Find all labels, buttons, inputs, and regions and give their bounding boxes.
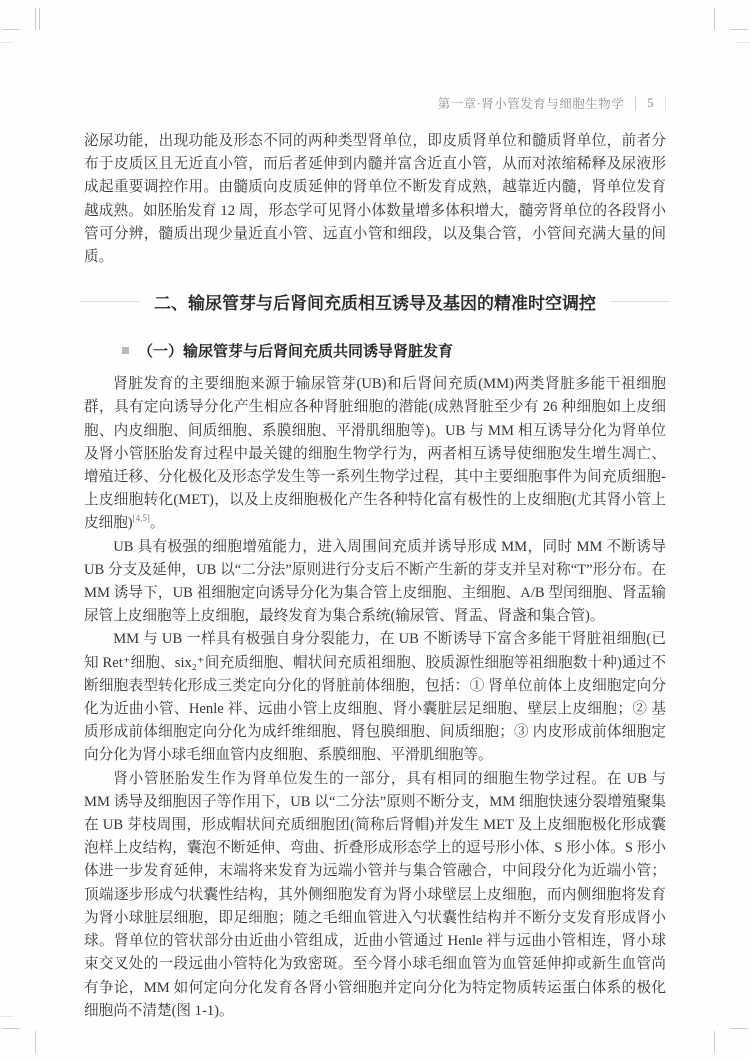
crop-mark-bottom-right-v bbox=[714, 1031, 715, 1053]
crop-mark-bottom-right-h bbox=[730, 1028, 748, 1029]
paragraph-3: UB 具有极强的细胞增殖能力，进入周围间充质并诱导形成 MM，同时 MM 不断诱… bbox=[84, 536, 666, 629]
page-content: 泌尿功能，出现功能及形态不同的两种类型肾单位，即皮质肾单位和髓质肾单位，前者分布… bbox=[84, 130, 666, 1023]
crop-mark-top-left-v bbox=[35, 8, 36, 30]
crop-mark-top-left-h bbox=[2, 29, 20, 30]
subsection-heading-text: （一）输尿管芽与后肾间充质共同诱导肾脏发育 bbox=[138, 340, 453, 361]
crop-mark-bottom-left-h bbox=[2, 1028, 20, 1029]
running-header: 第一章·肾小管发育与细胞生物学 5 bbox=[438, 94, 666, 112]
header-divider-faint bbox=[665, 96, 666, 111]
crop-mark-top-right-h bbox=[730, 29, 748, 30]
running-header-title: 第一章·肾小管发育与细胞生物学 bbox=[438, 94, 625, 112]
heading-rule-left bbox=[80, 301, 140, 302]
page-number: 5 bbox=[647, 96, 654, 111]
crop-mark-bottom-left-v bbox=[35, 1031, 36, 1053]
paragraph-5: 肾小管胚胎发生作为肾单位发生的一部分，具有相同的细胞生物学过程。在 UB 与 M… bbox=[84, 768, 666, 1023]
paragraph-2: 肾脏发育的主要细胞来源于输尿管芽(UB)和后肾间充质(MM)两类肾脏多能干祖细胞… bbox=[84, 373, 666, 535]
paragraph-2-end: 。 bbox=[150, 515, 165, 531]
crop-mark-top-right-v bbox=[714, 8, 715, 30]
book-page: { "header": { "chapter_title": "第一章·肾小管发… bbox=[0, 0, 750, 1061]
page-canvas: 第一章·肾小管发育与细胞生物学 5 泌尿功能，出现功能及形态不同的两种类型肾单位… bbox=[0, 0, 750, 1061]
paragraph-4: MM 与 UB 一样具有极强自身分裂能力，在 UB 不断诱导下富含多能干肾脏祖细… bbox=[84, 628, 666, 767]
subsection-heading: （一）输尿管芽与后肾间充质共同诱导肾脏发育 bbox=[122, 340, 666, 361]
crop-mark-top-right-h2 bbox=[736, 42, 750, 43]
crop-mark-bottom-left-h2 bbox=[0, 1016, 14, 1017]
paragraph-1: 泌尿功能，出现功能及形态不同的两种类型肾单位，即皮质肾单位和髓质肾单位，前者分布… bbox=[84, 130, 666, 269]
paragraph-2-text: 肾脏发育的主要细胞来源于输尿管芽(UB)和后肾间充质(MM)两类肾脏多能干祖细胞… bbox=[84, 376, 666, 531]
heading-rule-right bbox=[610, 301, 670, 302]
citation-ref: [4,5] bbox=[133, 514, 150, 524]
crop-mark-top-left-h2 bbox=[0, 42, 14, 43]
section-heading: 二、输尿管芽与后肾间充质相互诱导及基因的精准时空调控 bbox=[84, 289, 666, 314]
header-divider bbox=[635, 96, 636, 111]
section-heading-text: 二、输尿管芽与后肾间充质相互诱导及基因的精准时空调控 bbox=[154, 289, 596, 314]
crop-mark-top-left-v2 bbox=[39, 8, 40, 30]
square-bullet-icon bbox=[122, 347, 129, 354]
